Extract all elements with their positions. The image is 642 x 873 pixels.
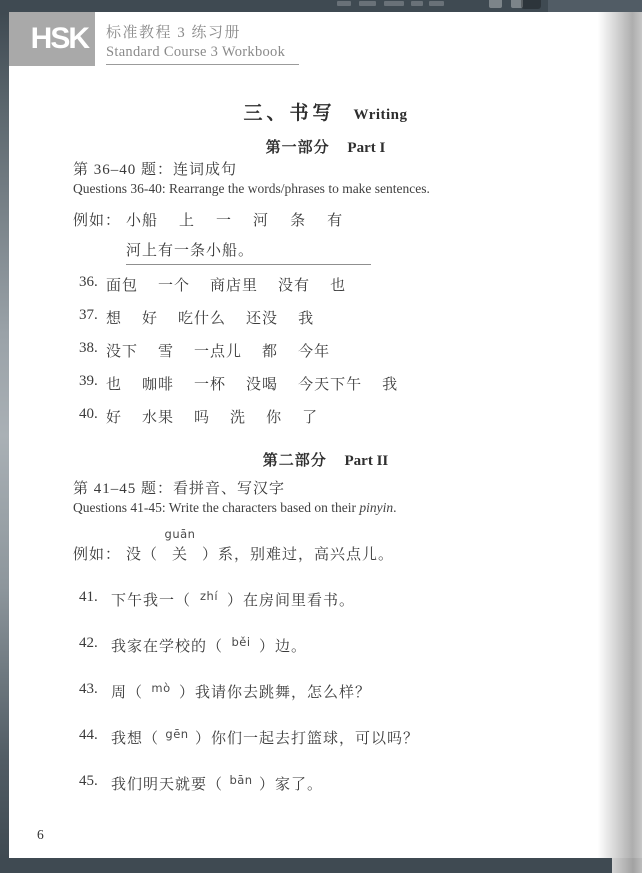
word: 面包 [106,274,138,295]
toolbar-text-remnant [337,1,351,6]
word: 水果 [142,406,174,427]
question-pre: 我想（ [111,731,159,747]
hsk-logo: HSK [9,12,95,66]
question-post: ）边。 [259,639,307,655]
word: 没有 [278,274,310,295]
part1-heading-zh: 第一部分 [266,140,330,156]
book-title-en: Standard Course 3 Workbook [106,43,285,62]
question-row: 42.我家在学校的（běi）边。 [79,622,419,668]
part2-questions: 例如： 没（guān关）系，别难过，高兴点儿。 41.下午我一（zhí）在房间里… [79,530,419,806]
question-words: 想好吃什么还没我 [106,307,314,328]
question-body: 下午我一（zhí）在房间里看书。 [111,589,355,610]
part2-task-en-prefix: Questions 41-45: Write the characters ba… [73,500,359,515]
word: 了 [302,406,318,427]
question-post: ）我请你去跳舞，怎么样？ [179,685,371,701]
question-row: 43.周（mò）我请你去跳舞，怎么样？ [79,668,419,714]
question-number: 41. [79,589,111,606]
question-number: 36. [79,274,106,291]
question-pre: 我家在学校的（ [111,639,223,655]
answer-blank: guān关 [158,543,202,564]
example-label: 例如： [73,209,126,230]
example-label: 例如： [73,543,126,564]
question-post: ）在房间里看书。 [227,593,355,609]
word: 没下 [106,340,138,361]
question-body: 我们明天就要（bān）家了。 [111,773,323,794]
question-row: 39.也咖啡一杯没喝今天下午我 [79,373,398,406]
workbook-page: HSK 标准教程 3 练习册 Standard Course 3 Workboo… [9,12,642,858]
word: 有 [327,209,343,230]
part2-example: 例如： 没（guān关）系，别难过，高兴点儿。 [73,530,419,576]
question-number: 37. [79,307,106,324]
question-row: 38.没下雪一点儿都今年 [79,340,398,373]
part2-task-en: Questions 41-45: Write the characters ba… [73,500,397,516]
question-post: ）你们一起去打篮球，可以吗？ [195,731,419,747]
part2-heading-en: Part II [345,453,389,469]
word: 一杯 [194,373,226,394]
question-row: 37.想好吃什么还没我 [79,307,398,340]
part1-example: 例如： 小船上一河条有 河上有一条小船。 [73,209,371,265]
example2-post: ）系，别难过，高兴点儿。 [202,547,394,563]
part2-task: 第 41–45 题：看拼音、写汉字 Questions 41-45: Write… [73,478,397,516]
part2-heading: 第二部分 Part II [9,449,642,470]
word: 我 [382,373,398,394]
toolbar-text-remnant [359,1,376,6]
question-words: 没下雪一点儿都今年 [106,340,330,361]
part1-task-en: Questions 36-40: Rearrange the words/phr… [73,181,430,197]
part1-task: 第 36–40 题：连词成句 Questions 36-40: Rearrang… [73,159,430,197]
word: 商店里 [210,274,258,295]
word: 好 [142,307,158,328]
question-row: 41.下午我一（zhí）在房间里看书。 [79,576,419,622]
page-number: 6 [37,827,44,843]
book-title-block: 标准教程 3 练习册 Standard Course 3 Workbook [106,12,299,65]
word: 咖啡 [142,373,174,394]
question-words: 面包一个商店里没有也 [106,274,346,295]
book-title-zh: 标准教程 3 练习册 [106,23,285,43]
word: 上 [179,209,195,230]
word: 没喝 [246,373,278,394]
part1-heading: 第一部分 Part I [9,136,642,157]
part1-task-zh: 第 36–40 题：连词成句 [73,159,430,181]
part2-task-en-suffix: . [393,500,396,515]
pinyin-hint: zhí [200,589,218,603]
word: 也 [106,373,122,394]
pinyin-hint: guān [165,527,196,541]
part1-heading-en: Part I [347,140,385,156]
frame-left-edge [0,13,9,858]
part1-questions: 36.面包一个商店里没有也37.想好吃什么还没我38.没下雪一点儿都今年39.也… [79,274,398,439]
example2-pre: 没（ [126,547,158,563]
question-body: 我想（gēn）你们一起去打篮球，可以吗？ [111,727,419,748]
question-body: 我家在学校的（běi）边。 [111,635,307,656]
question-row: 40.好水果吗洗你了 [79,406,398,439]
section-title-en: Writing [353,107,407,123]
example1-words: 小船上一河条有 [126,209,343,230]
question-words: 也咖啡一杯没喝今天下午我 [106,373,398,394]
word: 好 [106,406,122,427]
pinyin-hint: bān [229,773,252,787]
word: 条 [290,209,306,230]
example2-body: 没（guān关）系，别难过，高兴点儿。 [126,543,394,564]
question-number: 42. [79,635,111,652]
word: 今天下午 [298,373,362,394]
question-number: 39. [79,373,106,390]
word: 都 [262,340,278,361]
toolbar-icon[interactable] [489,0,502,8]
word: 雪 [158,340,174,361]
question-body: 周（mò）我请你去跳舞，怎么样？ [111,681,371,702]
pinyin-hint: běi [231,635,250,649]
example2-answer: 关 [172,547,188,563]
toolbar-icon[interactable] [521,0,541,9]
word: 小船 [126,209,158,230]
question-number: 45. [79,773,111,790]
question-words: 好水果吗洗你了 [106,406,318,427]
page-curl-shadow [612,858,642,873]
word: 吃什么 [178,307,226,328]
section-title-zh: 三、书写 [243,103,335,124]
word: 一个 [158,274,190,295]
toolbar-text-remnant [384,1,404,6]
word: 河 [253,209,269,230]
question-pre: 下午我一（ [111,593,191,609]
question-row: 45.我们明天就要（bān）家了。 [79,760,419,806]
question-number: 38. [79,340,106,357]
word: 一点儿 [194,340,242,361]
word: 我 [298,307,314,328]
example1-answer: 河上有一条小船。 [126,239,371,265]
word: 也 [330,274,346,295]
word: 吗 [194,406,210,427]
word: 还没 [246,307,278,328]
pinyin-hint: gēn [165,727,188,741]
question-row: 44.我想（gēn）你们一起去打篮球，可以吗？ [79,714,419,760]
section-title: 三、书写 Writing [9,98,642,125]
word: 一 [216,209,232,230]
part2-task-zh: 第 41–45 题：看拼音、写汉字 [73,478,397,500]
pinyin-hint: mò [151,681,170,695]
word: 洗 [230,406,246,427]
book-header: HSK 标准教程 3 练习册 Standard Course 3 Workboo… [9,12,299,66]
question-pre: 我们明天就要（ [111,777,223,793]
question-row: 36.面包一个商店里没有也 [79,274,398,307]
part2-heading-zh: 第二部分 [263,453,327,469]
word: 想 [106,307,122,328]
word: 你 [266,406,282,427]
word: 今年 [298,340,330,361]
question-pre: 周（ [111,685,143,701]
question-number: 40. [79,406,106,423]
toolbar-text-remnant [429,1,444,6]
question-number: 43. [79,681,111,698]
part2-task-en-pinyin-word: pinyin [359,500,393,515]
question-post: ）家了。 [259,777,323,793]
question-number: 44. [79,727,111,744]
hsk-logo-text: HSK [31,22,88,56]
toolbar-text-remnant [411,1,423,6]
